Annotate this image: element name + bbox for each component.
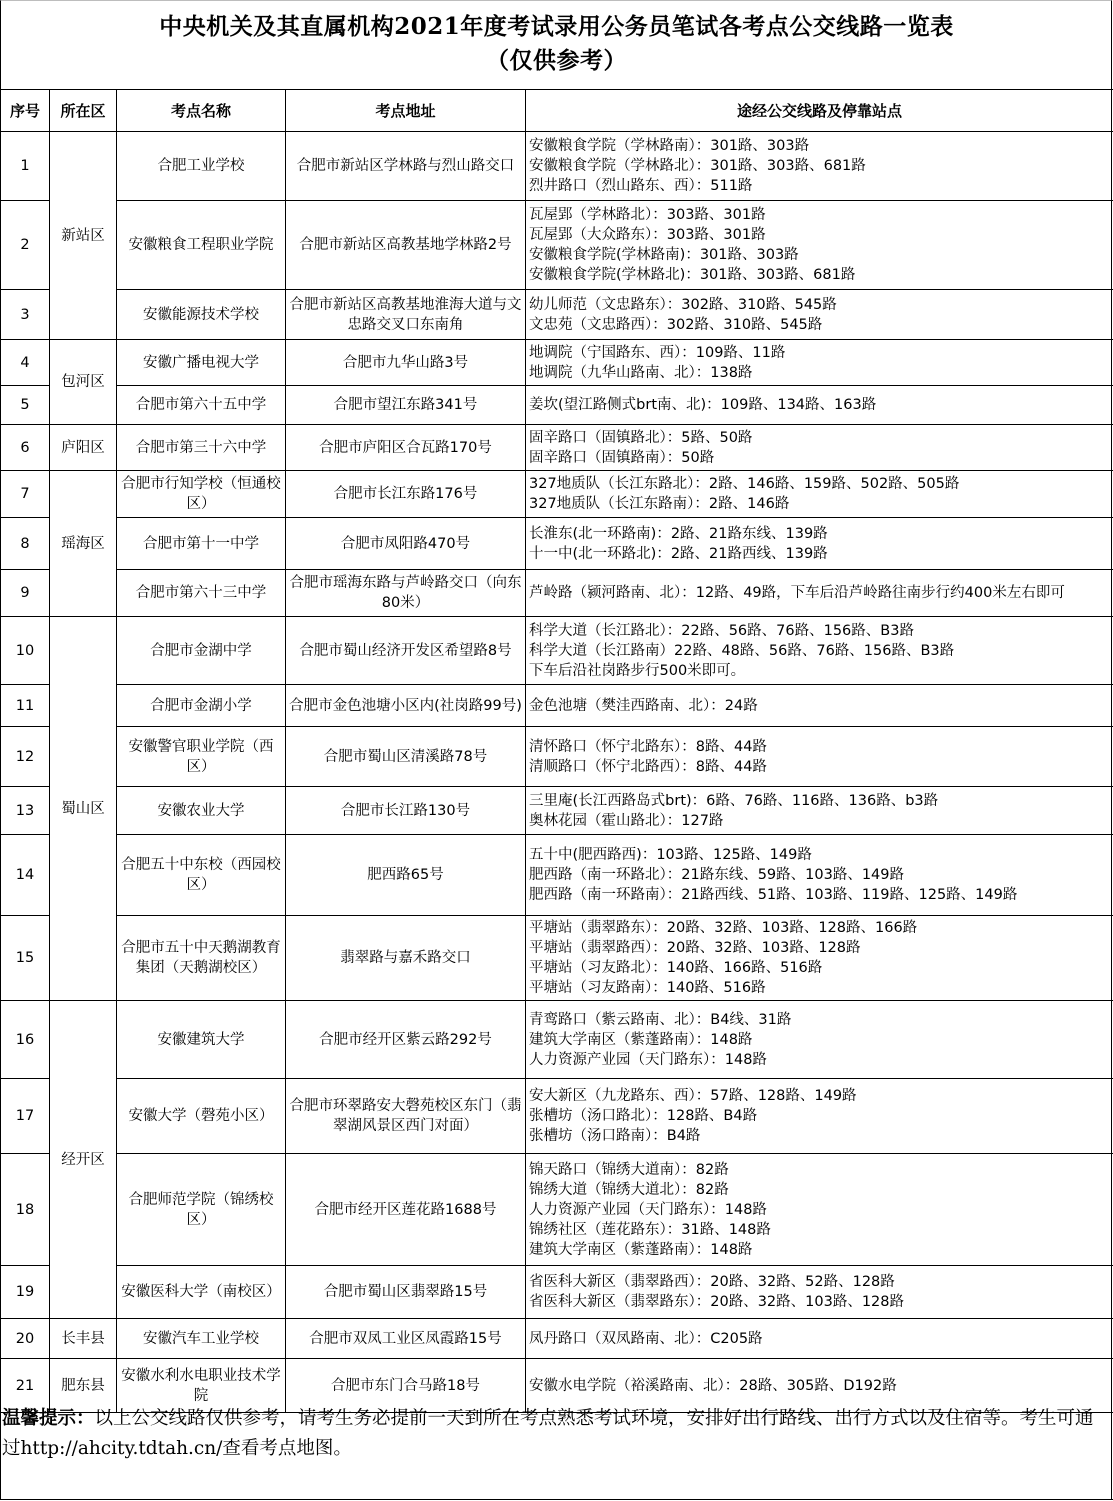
route-line: 青鸾路口（紫云路南、北）：B4线、31路	[529, 1010, 1111, 1030]
cell-site-name: 安徽大学（磬苑小区）	[117, 1079, 286, 1154]
cell-site-name: 安徽粮食工程职业学院	[117, 201, 286, 290]
page-title: 中央机关及其直属机构2021年度考试录用公务员笔试各考点公交线路一览表 （仅供参…	[0, 10, 1113, 78]
cell-site-name: 合肥市第十一中学	[117, 518, 286, 570]
cell-site-name: 安徽警官职业学院（西区）	[117, 727, 286, 787]
route-line: 芦岭路（颍河路南、北）：12路、49路，下车后沿芦岭路往南步行约400米左右即可	[529, 583, 1111, 603]
route-line: 平塘站（习友路南）：140路、516路	[529, 978, 1111, 998]
route-line: 清顺路口（怀宁北路西）：8路、44路	[529, 757, 1111, 777]
table-row: 2安徽粮食工程职业学院合肥市新站区高教基地学林路2号瓦屋郢（学林路北）：303路…	[1, 201, 1113, 290]
cell-site-name: 安徽农业大学	[117, 787, 286, 835]
cell-site-address: 肥西路65号	[286, 835, 526, 916]
route-line: 清怀路口（怀宁北路东）：8路、44路	[529, 737, 1111, 757]
tip-note: 温馨提示：以上公交线路仅供参考，请考生务必提前一天到所在考点熟悉考试环境，安排好…	[2, 1404, 1110, 1464]
route-line: 省医科大新区（翡翠路西）：20路、32路、52路、128路	[529, 1272, 1111, 1292]
bus-route-table: 序号 所在区 考点名称 考点地址 途经公交线路及停靠站点 1新站区合肥工业学校合…	[0, 89, 1113, 1413]
cell-bus-routes: 五十中(肥西路西)：103路、125路、149路肥西路（南一环路北）：21路东线…	[526, 835, 1113, 916]
cell-site-name: 安徽建筑大学	[117, 1001, 286, 1079]
route-line: 固辛路口（固镇路南）：50路	[529, 448, 1111, 468]
cell-site-address: 合肥市长江东路176号	[286, 471, 526, 518]
route-line: 凤丹路口（双凤路南、北）：C205路	[529, 1329, 1111, 1349]
table-row: 20长丰县安徽汽车工业学校合肥市双凤工业区凤霞路15号凤丹路口（双凤路南、北）：…	[1, 1319, 1113, 1359]
cell-district: 新站区	[50, 132, 117, 340]
cell-no: 2	[1, 201, 50, 290]
cell-bus-routes: 姜坎(望江路侧式brt南、北)：109路、134路、163路	[526, 386, 1113, 425]
cell-bus-routes: 青鸾路口（紫云路南、北）：B4线、31路建筑大学南区（紫蓬路南）：148路人力资…	[526, 1001, 1113, 1079]
table-row: 1新站区合肥工业学校合肥市新站区学林路与烈山路交口安徽粮食学院（学林路南）：30…	[1, 132, 1113, 201]
table-body: 1新站区合肥工业学校合肥市新站区学林路与烈山路交口安徽粮食学院（学林路南）：30…	[1, 132, 1113, 1413]
table-row: 3安徽能源技术学校合肥市新站区高教基地淮海大道与文忠路交叉口东南角幼儿师范（文忠…	[1, 290, 1113, 340]
cell-bus-routes: 科学大道（长江路北）：22路、56路、76路、156路、B3路科学大道（长江路南…	[526, 617, 1113, 685]
table-row: 9合肥市第六十三中学合肥市瑶海东路与芦岭路交口（向东80米）芦岭路（颍河路南、北…	[1, 570, 1113, 617]
cell-site-address: 合肥市经开区莲花路1688号	[286, 1154, 526, 1266]
route-line: 锦绣大道（锦绣大道北）：82路	[529, 1180, 1111, 1200]
route-line: 建筑大学南区（紫蓬路南）：148路	[529, 1240, 1111, 1260]
table-row: 6庐阳区合肥市第三十六中学合肥市庐阳区合瓦路170号固辛路口（固镇路北）：5路、…	[1, 425, 1113, 471]
route-line: 张槽坊（汤口路南）：B4路	[529, 1126, 1111, 1146]
header-site-name: 考点名称	[117, 90, 286, 132]
route-line: 安徽粮食学院(学林路南)：301路、303路	[529, 245, 1111, 265]
cell-district: 长丰县	[50, 1319, 117, 1359]
cell-no: 7	[1, 471, 50, 518]
cell-bus-routes: 省医科大新区（翡翠路西）：20路、32路、52路、128路省医科大新区（翡翠路东…	[526, 1266, 1113, 1319]
cell-site-name: 安徽医科大学（南校区）	[117, 1266, 286, 1319]
cell-bus-routes: 清怀路口（怀宁北路东）：8路、44路清顺路口（怀宁北路西）：8路、44路	[526, 727, 1113, 787]
table-row: 16经开区安徽建筑大学合肥市经开区紫云路292号青鸾路口（紫云路南、北）：B4线…	[1, 1001, 1113, 1079]
cell-bus-routes: 长淮东(北一环路南)：2路、21路东线、139路十一中(北一环路北)：2路、21…	[526, 518, 1113, 570]
cell-no: 1	[1, 132, 50, 201]
cell-site-address: 合肥市蜀山经济开发区希望路8号	[286, 617, 526, 685]
cell-no: 14	[1, 835, 50, 916]
cell-bus-routes: 327地质队（长江东路北）：2路、146路、159路、502路、505路327地…	[526, 471, 1113, 518]
cell-site-name: 合肥五十中东校（西园校区）	[117, 835, 286, 916]
route-line: 烈井路口（烈山路东、西）：511路	[529, 176, 1111, 196]
cell-bus-routes: 安徽粮食学院（学林路南）：301路、303路安徽粮食学院（学林路北）：301路、…	[526, 132, 1113, 201]
cell-site-address: 合肥市望江东路341号	[286, 386, 526, 425]
route-line: 固辛路口（固镇路北）：5路、50路	[529, 428, 1111, 448]
cell-bus-routes: 瓦屋郢（学林路北）：303路、301路瓦屋郢（大众路东）：303路、301路安徽…	[526, 201, 1113, 290]
route-line: 安大新区（九龙路东、西）：57路、128路、149路	[529, 1086, 1111, 1106]
cell-no: 13	[1, 787, 50, 835]
cell-site-name: 合肥市金湖中学	[117, 617, 286, 685]
route-line: 平塘站（习友路北）：140路、166路、516路	[529, 958, 1111, 978]
cell-site-name: 合肥市第三十六中学	[117, 425, 286, 471]
route-line: 锦绣社区（莲花路东）：31路、148路	[529, 1220, 1111, 1240]
cell-bus-routes: 固辛路口（固镇路北）：5路、50路固辛路口（固镇路南）：50路	[526, 425, 1113, 471]
cell-no: 20	[1, 1319, 50, 1359]
route-line: 人力资源产业园（天门路东）：148路	[529, 1050, 1111, 1070]
cell-no: 8	[1, 518, 50, 570]
table-row: 8合肥市第十一中学合肥市凤阳路470号长淮东(北一环路南)：2路、21路东线、1…	[1, 518, 1113, 570]
route-line: 327地质队（长江东路北）：2路、146路、159路、502路、505路	[529, 474, 1111, 494]
cell-site-name: 合肥市第六十三中学	[117, 570, 286, 617]
header-row: 序号 所在区 考点名称 考点地址 途经公交线路及停靠站点	[1, 90, 1113, 132]
table-row: 19安徽医科大学（南校区）合肥市蜀山区翡翠路15号省医科大新区（翡翠路西）：20…	[1, 1266, 1113, 1319]
cell-site-name: 合肥市行知学校（恒通校区）	[117, 471, 286, 518]
cell-site-address: 合肥市瑶海东路与芦岭路交口（向东80米）	[286, 570, 526, 617]
route-line: 安徽粮食学院（学林路南）：301路、303路	[529, 136, 1111, 156]
cell-bus-routes: 芦岭路（颍河路南、北）：12路、49路，下车后沿芦岭路往南步行约400米左右即可	[526, 570, 1113, 617]
cell-bus-routes: 地调院（宁国路东、西）：109路、11路地调院（九华山路南、北）：138路	[526, 340, 1113, 386]
route-line: 瓦屋郢（大众路东）：303路、301路	[529, 225, 1111, 245]
cell-site-name: 合肥市第六十五中学	[117, 386, 286, 425]
route-line: 文忠苑（文忠路西）：302路、310路、545路	[529, 315, 1111, 335]
table-row: 13安徽农业大学合肥市长江路130号三里庵(长江西路岛式brt)：6路、76路、…	[1, 787, 1113, 835]
table-row: 11合肥市金湖小学合肥市金色池塘小区内(社岗路99号)金色池塘（樊洼西路南、北）…	[1, 685, 1113, 727]
route-line: 人力资源产业园（天门路东）：148路	[529, 1200, 1111, 1220]
route-line: 地调院（九华山路南、北）：138路	[529, 363, 1111, 383]
route-line: 科学大道（长江路南）22路、48路、56路、76路、156路、B3路	[529, 641, 1111, 661]
cell-district: 瑶海区	[50, 471, 117, 617]
title-line-1: 中央机关及其直属机构2021年度考试录用公务员笔试各考点公交线路一览表	[0, 10, 1113, 44]
route-line: 下车后沿社岗路步行500米即可。	[529, 661, 1111, 681]
cell-no: 17	[1, 1079, 50, 1154]
route-line: 肥西路（南一环路南）：21路西线、51路、103路、119路、125路、149路	[529, 885, 1111, 905]
cell-site-address: 合肥市凤阳路470号	[286, 518, 526, 570]
header-bus-routes: 途经公交线路及停靠站点	[526, 90, 1113, 132]
cell-site-address: 合肥市蜀山区清溪路78号	[286, 727, 526, 787]
cell-site-name: 合肥工业学校	[117, 132, 286, 201]
cell-bus-routes: 锦天路口（锦绣大道南）：82路锦绣大道（锦绣大道北）：82路人力资源产业园（天门…	[526, 1154, 1113, 1266]
cell-no: 5	[1, 386, 50, 425]
cell-site-address: 合肥市双凤工业区凤霞路15号	[286, 1319, 526, 1359]
cell-site-address: 合肥市新站区学林路与烈山路交口	[286, 132, 526, 201]
cell-site-name: 安徽汽车工业学校	[117, 1319, 286, 1359]
table-row: 7瑶海区合肥市行知学校（恒通校区）合肥市长江东路176号327地质队（长江东路北…	[1, 471, 1113, 518]
route-line: 十一中(北一环路北)：2路、21路西线、139路	[529, 544, 1111, 564]
route-line: 幼儿师范（文忠路东）：302路、310路、545路	[529, 295, 1111, 315]
route-line: 安徽粮食学院(学林路北)：301路、303路、681路	[529, 265, 1111, 285]
cell-site-address: 合肥市金色池塘小区内(社岗路99号)	[286, 685, 526, 727]
cell-bus-routes: 凤丹路口（双凤路南、北）：C205路	[526, 1319, 1113, 1359]
tip-text: 以上公交线路仅供参考，请考生务必提前一天到所在考点熟悉考试环境，安排好出行路线、…	[2, 1408, 1094, 1459]
header-district: 所在区	[50, 90, 117, 132]
route-line: 金色池塘（樊洼西路南、北）：24路	[529, 696, 1111, 716]
route-line: 平塘站（翡翠路东）：20路、32路、103路、128路、166路	[529, 918, 1111, 938]
route-line: 安徽粮食学院（学林路北）：301路、303路、681路	[529, 156, 1111, 176]
table-row: 17安徽大学（磬苑小区）合肥市环翠路安大磬苑校区东门（翡翠湖风景区西门对面）安大…	[1, 1079, 1113, 1154]
cell-no: 12	[1, 727, 50, 787]
title-line-2: （仅供参考）	[0, 44, 1113, 78]
cell-no: 9	[1, 570, 50, 617]
cell-site-name: 合肥市五十中天鹅湖教育集团（天鹅湖校区）	[117, 916, 286, 1001]
cell-bus-routes: 安大新区（九龙路东、西）：57路、128路、149路张槽坊（汤口路北）：128路…	[526, 1079, 1113, 1154]
cell-district: 包河区	[50, 340, 117, 425]
route-line: 长淮东(北一环路南)：2路、21路东线、139路	[529, 524, 1111, 544]
table-row: 12安徽警官职业学院（西区）合肥市蜀山区清溪路78号清怀路口（怀宁北路东）：8路…	[1, 727, 1113, 787]
cell-no: 4	[1, 340, 50, 386]
table-row: 4包河区安徽广播电视大学合肥市九华山路3号地调院（宁国路东、西）：109路、11…	[1, 340, 1113, 386]
cell-site-name: 合肥师范学院（锦绣校区）	[117, 1154, 286, 1266]
route-line: 安徽水电学院（裕溪路南、北）：28路、305路、D192路	[529, 1376, 1111, 1396]
route-line: 省医科大新区（翡翠路东）：20路、32路、103路、128路	[529, 1292, 1111, 1312]
cell-district: 庐阳区	[50, 425, 117, 471]
cell-site-address: 合肥市九华山路3号	[286, 340, 526, 386]
route-line: 科学大道（长江路北）：22路、56路、76路、156路、B3路	[529, 621, 1111, 641]
cell-no: 19	[1, 1266, 50, 1319]
bottom-border	[0, 1499, 1113, 1500]
route-line: 张槽坊（汤口路北）：128路、B4路	[529, 1106, 1111, 1126]
cell-site-name: 安徽能源技术学校	[117, 290, 286, 340]
route-line: 建筑大学南区（紫蓬路南）：148路	[529, 1030, 1111, 1050]
cell-district: 蜀山区	[50, 617, 117, 1001]
cell-no: 6	[1, 425, 50, 471]
table-row: 14合肥五十中东校（西园校区）肥西路65号五十中(肥西路西)：103路、125路…	[1, 835, 1113, 916]
cell-site-address: 合肥市长江路130号	[286, 787, 526, 835]
table-row: 5合肥市第六十五中学合肥市望江东路341号姜坎(望江路侧式brt南、北)：109…	[1, 386, 1113, 425]
route-line: 地调院（宁国路东、西）：109路、11路	[529, 343, 1111, 363]
cell-no: 11	[1, 685, 50, 727]
header-no: 序号	[1, 90, 50, 132]
table-row: 10蜀山区合肥市金湖中学合肥市蜀山经济开发区希望路8号科学大道（长江路北）：22…	[1, 617, 1113, 685]
route-line: 姜坎(望江路侧式brt南、北)：109路、134路、163路	[529, 395, 1111, 415]
cell-site-address: 合肥市环翠路安大磬苑校区东门（翡翠湖风景区西门对面）	[286, 1079, 526, 1154]
cell-site-name: 合肥市金湖小学	[117, 685, 286, 727]
cell-bus-routes: 平塘站（翡翠路东）：20路、32路、103路、128路、166路平塘站（翡翠路西…	[526, 916, 1113, 1001]
cell-no: 18	[1, 1154, 50, 1266]
route-line: 327地质队（长江东路南）：2路、146路	[529, 494, 1111, 514]
cell-no: 3	[1, 290, 50, 340]
cell-no: 16	[1, 1001, 50, 1079]
route-line: 奥林花园（霍山路北）：127路	[529, 811, 1111, 831]
route-line: 锦天路口（锦绣大道南）：82路	[529, 1160, 1111, 1180]
table-row: 18合肥师范学院（锦绣校区）合肥市经开区莲花路1688号锦天路口（锦绣大道南）：…	[1, 1154, 1113, 1266]
cell-bus-routes: 三里庵(长江西路岛式brt)：6路、76路、116路、136路、b3路奥林花园（…	[526, 787, 1113, 835]
table-row: 15合肥市五十中天鹅湖教育集团（天鹅湖校区）翡翠路与嘉禾路交口平塘站（翡翠路东）…	[1, 916, 1113, 1001]
header-site-address: 考点地址	[286, 90, 526, 132]
cell-site-address: 合肥市新站区高教基地淮海大道与文忠路交叉口东南角	[286, 290, 526, 340]
route-line: 五十中(肥西路西)：103路、125路、149路	[529, 845, 1111, 865]
cell-site-address: 合肥市新站区高教基地学林路2号	[286, 201, 526, 290]
tip-label: 温馨提示：	[2, 1408, 95, 1429]
cell-site-name: 安徽广播电视大学	[117, 340, 286, 386]
cell-no: 10	[1, 617, 50, 685]
route-line: 肥西路（南一环路北）：21路东线、59路、103路、149路	[529, 865, 1111, 885]
route-line: 三里庵(长江西路岛式brt)：6路、76路、116路、136路、b3路	[529, 791, 1111, 811]
cell-no: 15	[1, 916, 50, 1001]
cell-site-address: 合肥市庐阳区合瓦路170号	[286, 425, 526, 471]
cell-district: 经开区	[50, 1001, 117, 1319]
cell-bus-routes: 金色池塘（樊洼西路南、北）：24路	[526, 685, 1113, 727]
cell-site-address: 合肥市经开区紫云路292号	[286, 1001, 526, 1079]
route-line: 平塘站（翡翠路西）：20路、32路、103路、128路	[529, 938, 1111, 958]
cell-site-address: 合肥市蜀山区翡翠路15号	[286, 1266, 526, 1319]
cell-bus-routes: 幼儿师范（文忠路东）：302路、310路、545路文忠苑（文忠路西）：302路、…	[526, 290, 1113, 340]
cell-site-address: 翡翠路与嘉禾路交口	[286, 916, 526, 1001]
route-line: 瓦屋郢（学林路北）：303路、301路	[529, 205, 1111, 225]
